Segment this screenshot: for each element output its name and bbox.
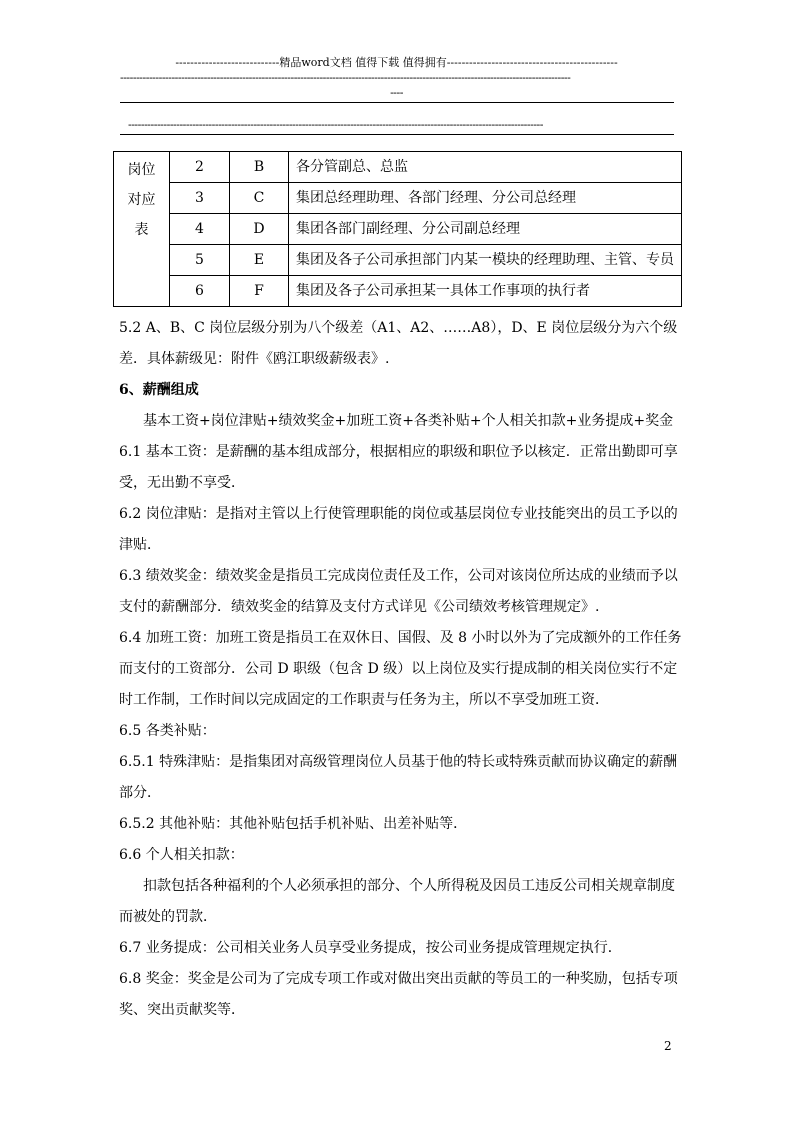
grade-description: 集团各部门副经理、分公司副总经理: [289, 214, 682, 245]
category-cell: 岗位 对应 表: [114, 152, 170, 307]
section-6-8-line: 6.8 奖金：奖金是公司为了完成专项工作或对做出突出贡献的等员工的一种奖励，包括…: [119, 964, 675, 995]
header-dash-line: ----------------------------------------…: [120, 71, 674, 85]
section-6-5-2-line: 6.5.2 其他补贴：其他补贴包括手机补贴、出差补贴等．: [119, 809, 675, 840]
table-row: 4 D 集团各部门副经理、分公司副总经理: [114, 214, 682, 245]
grade-description: 各分管副总、总监: [289, 152, 682, 183]
page-number: 2: [664, 1039, 672, 1053]
category-label-line: 表: [114, 215, 169, 245]
section-6-5-heading: 6.5 各类补贴：: [119, 716, 675, 747]
grade-letter: C: [230, 183, 289, 214]
grade-letter: E: [230, 245, 289, 276]
grade-number: 6: [170, 276, 230, 307]
section-5-2-line: 5.2 A、B、C 岗位层级分别为八个级差（A1、A2、……A8），D、E 岗位…: [119, 313, 675, 344]
header-banner: ----------------------------精品word文档 值得下…: [0, 56, 793, 70]
category-label-line: 对应: [114, 185, 169, 215]
header-rule-bottom: [120, 134, 674, 135]
category-label-line: 岗位: [114, 155, 169, 185]
grade-number: 5: [170, 245, 230, 276]
grade-number: 4: [170, 214, 230, 245]
section-6-2-line: 6.2 岗位津贴：是指对主管以上行使管理职能的岗位或基层岗位专业技能突出的员工予…: [119, 499, 675, 530]
section-6-4-line: 6.4 加班工资：加班工资是指员工在双休日、国假、及 8 小时以外为了完成额外的…: [119, 623, 675, 654]
grade-description: 集团及各子公司承担部门内某一模块的经理助理、主管、专员: [289, 245, 682, 276]
grade-letter: D: [230, 214, 289, 245]
section-6-7-line: 6.7 业务提成：公司相关业务人员享受业务提成，按公司业务提成管理规定执行．: [119, 933, 675, 964]
grade-number: 3: [170, 183, 230, 214]
section-6-4-line: 而支付的工资部分．公司 D 职级（包含 D 级）以上岗位及实行提成制的相关岗位实…: [119, 654, 675, 685]
table-row: 6 F 集团及各子公司承担某一具体工作事项的执行者: [114, 276, 682, 307]
grade-description: 集团及各子公司承担某一具体工作事项的执行者: [289, 276, 682, 307]
section-6-3-line: 支付的薪酬部分．绩效奖金的结算及支付方式详见《公司绩效考核管理规定》.: [119, 592, 675, 623]
grade-number: 2: [170, 152, 230, 183]
header-dash-line-2: ----------------------------------------…: [128, 118, 668, 132]
position-grade-table: 岗位 对应 表 2 B 各分管副总、总监 3 C 集团总经理助理、各部门经理、分…: [113, 151, 682, 307]
section-6-6-line: 而被处的罚款．: [119, 902, 675, 933]
header-dash-tail: ----: [0, 86, 793, 100]
section-6-1-line: 6.1 基本工资：是薪酬的基本组成部分，根据相应的职级和职位予以核定．正常出勤即…: [119, 437, 675, 468]
header-rule-top: [120, 102, 674, 103]
section-6-heading: 6、薪酬组成: [119, 375, 675, 406]
grade-description: 集团总经理助理、各部门经理、分公司总经理: [289, 183, 682, 214]
salary-formula: 基本工资+岗位津贴+绩效奖金+加班工资+各类补贴+个人相关扣款+业务提成+奖金: [119, 406, 675, 437]
section-5-2-line: 差．具体薪级见：附件《鸥江职级薪级表》.: [119, 344, 675, 375]
section-6-2-line: 津贴．: [119, 530, 675, 561]
section-6-4-line: 时工作制，工作时间以完成固定的工作职责与任务为主，所以不享受加班工资．: [119, 685, 675, 716]
section-6-8-line: 奖、突出贡献奖等．: [119, 995, 675, 1026]
grade-letter: F: [230, 276, 289, 307]
table-row: 岗位 对应 表 2 B 各分管副总、总监: [114, 152, 682, 183]
section-6-1-line: 受，无出勤不享受．: [119, 468, 675, 499]
section-6-6-line: 扣款包括各种福利的个人必须承担的部分、个人所得税及因员工违反公司相关规章制度: [119, 871, 675, 902]
grade-letter: B: [230, 152, 289, 183]
table-row: 5 E 集团及各子公司承担部门内某一模块的经理助理、主管、专员: [114, 245, 682, 276]
document-body: 5.2 A、B、C 岗位层级分别为八个级差（A1、A2、……A8），D、E 岗位…: [119, 313, 675, 1026]
section-6-5-1-line: 部分．: [119, 778, 675, 809]
section-6-5-1-line: 6.5.1 特殊津贴：是指集团对高级管理岗位人员基于他的特长或特殊贡献而协议确定…: [119, 747, 675, 778]
section-6-3-line: 6.3 绩效奖金：绩效奖金是指员工完成岗位责任及工作，公司对该岗位所达成的业绩而…: [119, 561, 675, 592]
table-row: 3 C 集团总经理助理、各部门经理、分公司总经理: [114, 183, 682, 214]
section-6-6-heading: 6.6 个人相关扣款：: [119, 840, 675, 871]
